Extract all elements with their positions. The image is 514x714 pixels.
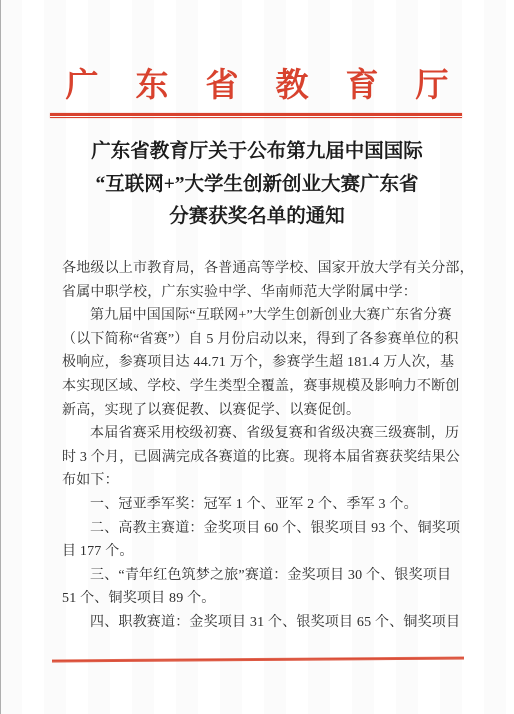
body-line: 51 个、铜奖项目 89 个。: [62, 587, 466, 611]
notice-title: 广东省教育厅关于公布第九届中国国际 “互联网+”大学生创新创业大赛广东省 分赛获…: [0, 136, 514, 234]
title-line: 广东省教育厅关于公布第九届中国国际: [0, 136, 514, 169]
body-line: 第九届中国国际“互联网+”大学生创新创业大赛广东省分赛: [62, 304, 466, 328]
body-line: 本实现区域、学校、学生类型全覆盖，赛事规模及影响力不断创: [62, 375, 466, 399]
letterhead-rule: [50, 113, 462, 118]
body-line: 目 177 个。: [62, 540, 466, 564]
body-line: 省属中职学校，广东实验中学、华南师范大学附属中学：: [62, 281, 466, 305]
body-line: 一、冠亚季军奖：冠军 1 个、亚军 2 个、季军 3 个。: [62, 493, 466, 517]
body-line: 二、高教主赛道：金奖项目 60 个、银奖项目 93 个、铜奖项: [62, 517, 466, 541]
document-page: 广东省教育厅 广东省教育厅关于公布第九届中国国际 “互联网+”大学生创新创业大赛…: [0, 0, 514, 714]
body-line: （以下简称“省赛”）自 5 月份启动以来，得到了各参赛单位的积: [62, 328, 466, 352]
letterhead-agency-name: 广东省教育厅: [0, 64, 514, 108]
title-line: 分赛获奖名单的通知: [0, 201, 514, 234]
body-line: 时 3 个月，已圆满完成各赛道的比赛。现将本届省赛获奖结果公: [62, 446, 466, 470]
body-line: 三、“青年红色筑梦之旅”赛道：金奖项目 30 个、银奖项目: [62, 564, 466, 588]
body-line: 新高，实现了以赛促教、以赛促学、以赛促创。: [62, 399, 466, 423]
footer-rule: [52, 657, 464, 663]
body-line: 各地级以上市教育局，各普通高等学校、国家开放大学有关分部，: [62, 257, 466, 281]
title-line: “互联网+”大学生创新创业大赛广东省: [0, 169, 514, 202]
body-line: 本届省赛采用校级初赛、省级复赛和省级决赛三级赛制，历: [62, 422, 466, 446]
body-line: 极响应，参赛项目达 44.71 万个，参赛学生超 181.4 万人次，基: [62, 351, 466, 375]
body-line: 四、职教赛道：金奖项目 31 个、银奖项目 65 个、铜奖项目: [62, 611, 466, 635]
body-line: 布如下：: [62, 469, 466, 493]
notice-body: 各地级以上市教育局，各普通高等学校、国家开放大学有关分部， 省属中职学校，广东实…: [62, 257, 466, 635]
